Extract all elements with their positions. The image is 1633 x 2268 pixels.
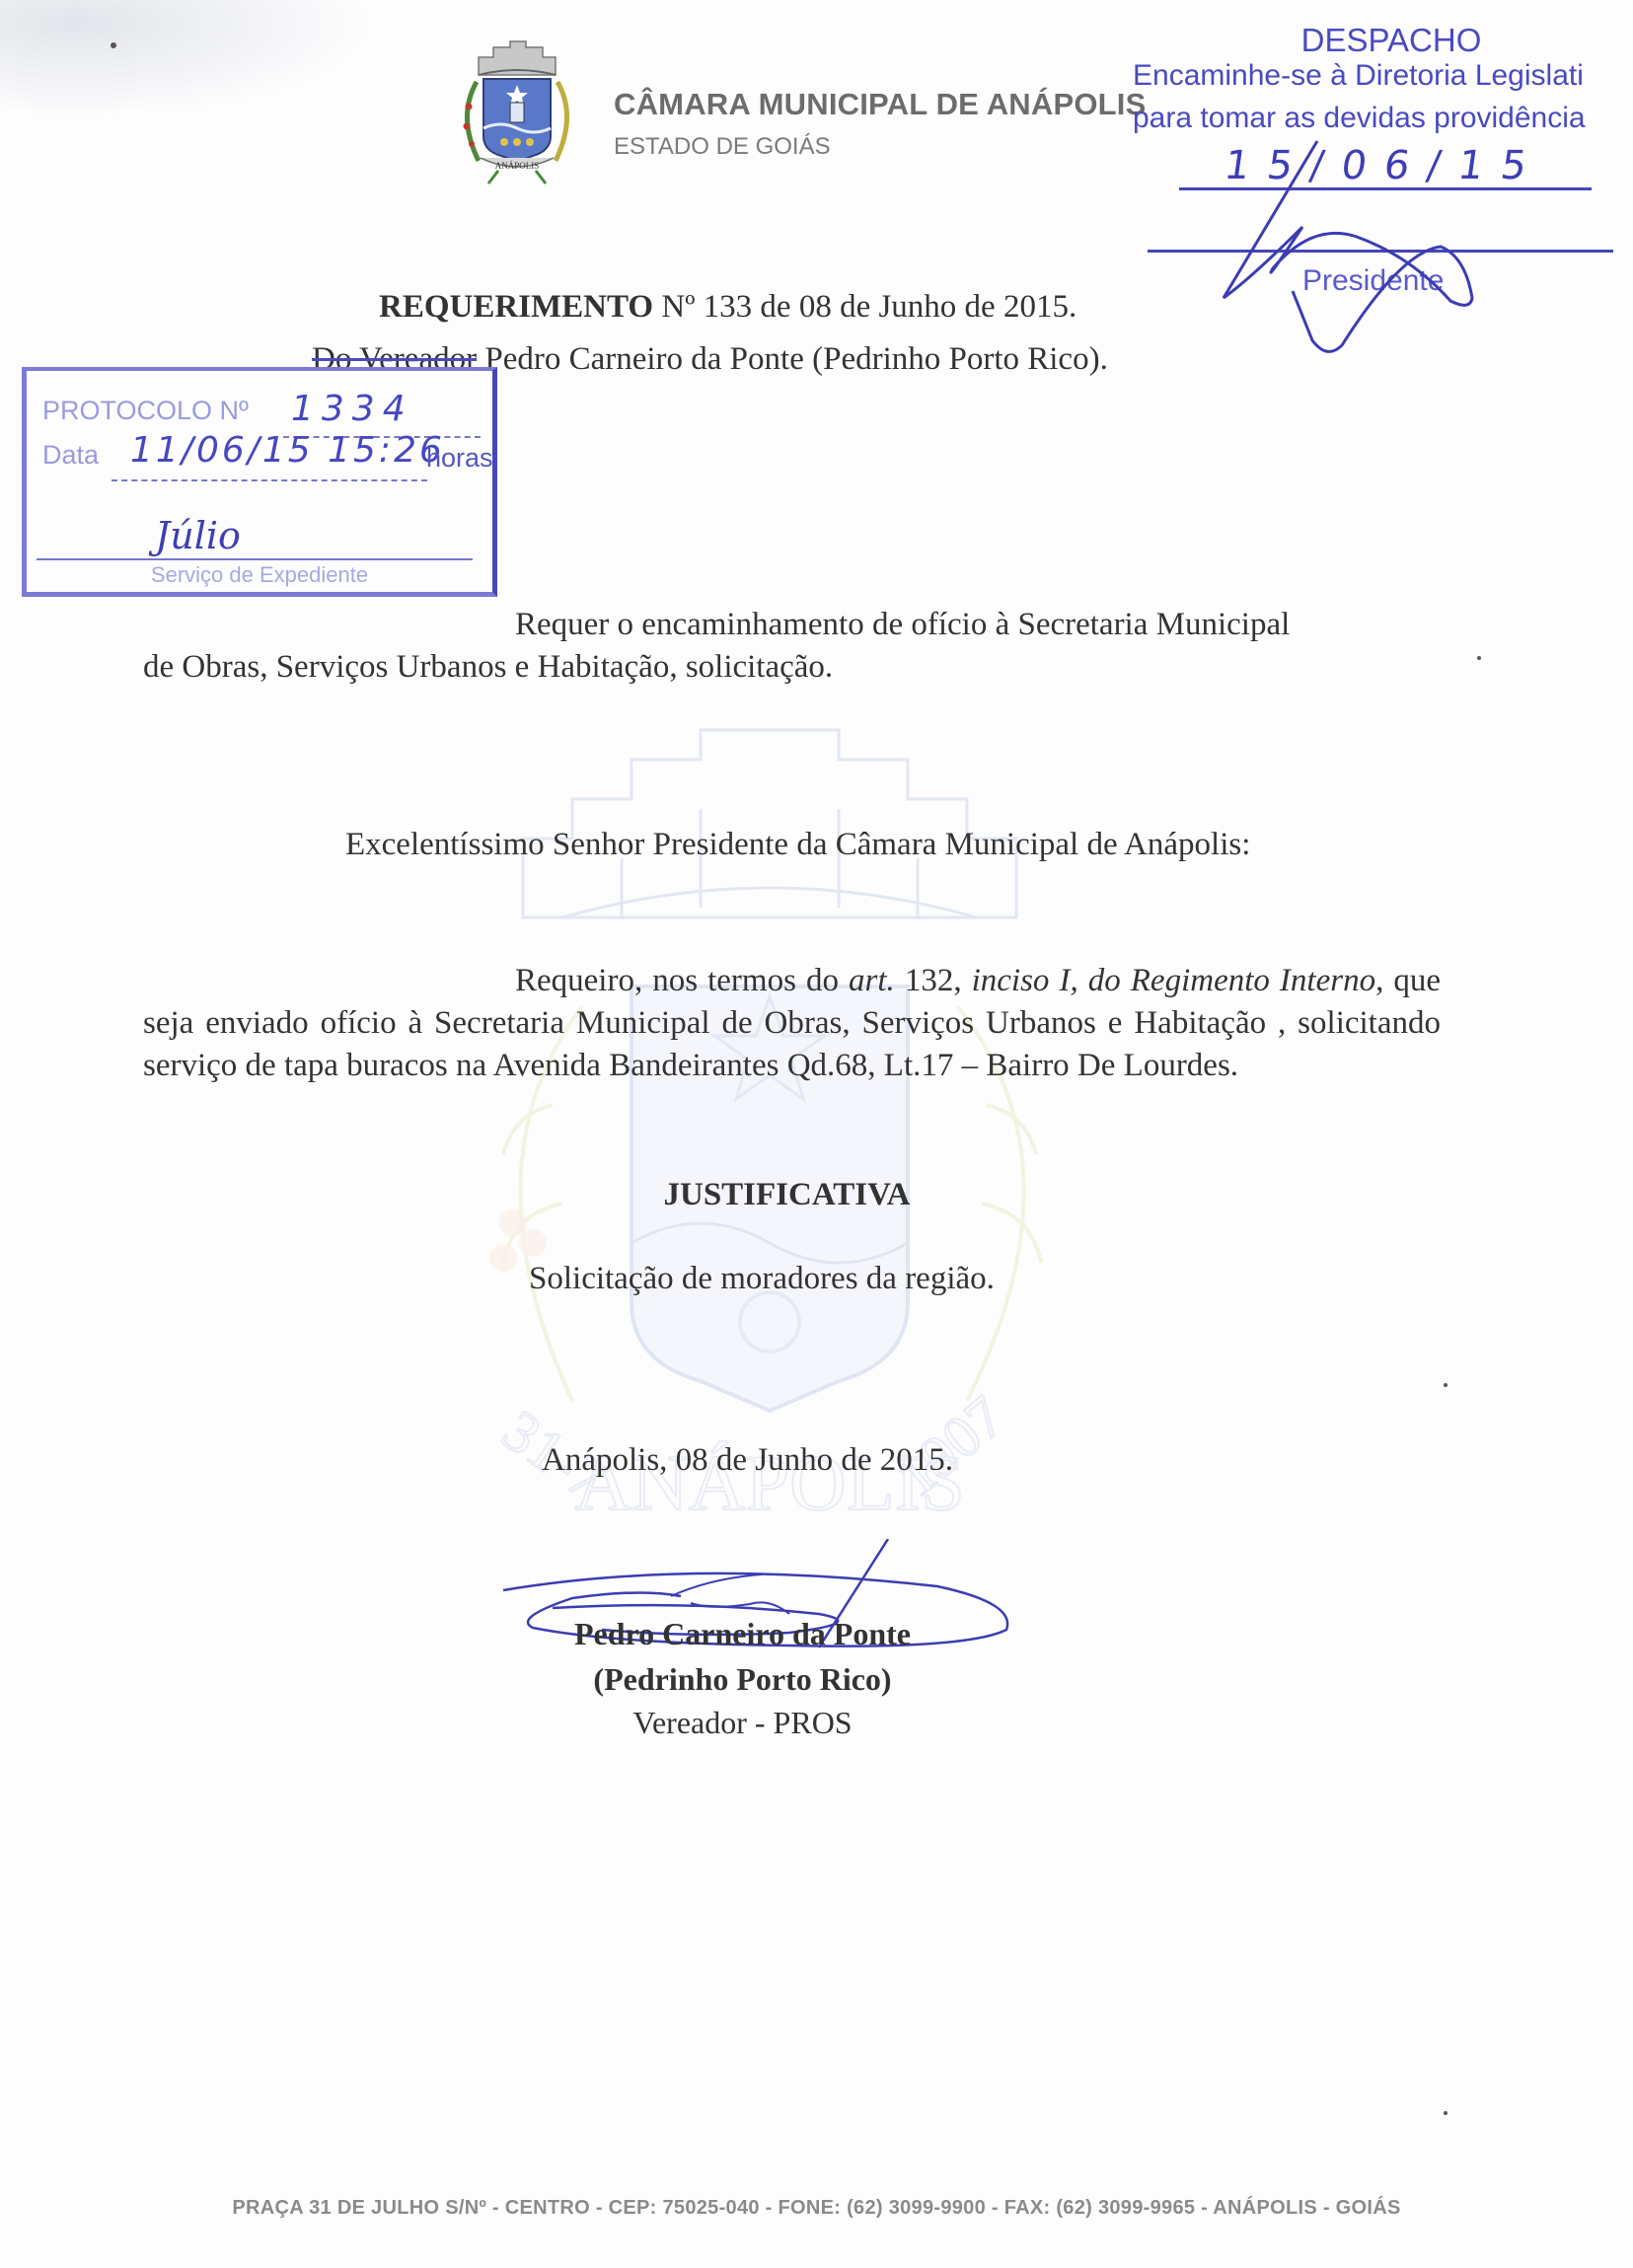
scan-speck: [1444, 2111, 1447, 2115]
councilor-signature-icon: [493, 1539, 1046, 1677]
institution-subtitle: ESTADO DE GOIÁS: [614, 133, 831, 161]
despacho-stamp: DESPACHO Encaminhe-se à Diretoria Legisl…: [1115, 10, 1633, 365]
protocol-stamp: PROTOCOLO Nº 1334 Data 11/06/15 15:26 ho…: [22, 367, 497, 597]
institution-title: CÂMARA MUNICIPAL DE ANÁPOLIS: [614, 87, 1147, 122]
president-signature-icon: [1115, 10, 1633, 365]
coat-of-arms-logo-icon: ANÁPOLIS: [439, 37, 595, 185]
protocol-department: Serviço de Expediente: [27, 562, 492, 588]
scan-speck: [1444, 1383, 1447, 1387]
summary-line-1: Requer o encaminhamento de ofício à Secr…: [515, 607, 1290, 643]
scan-speck: [1477, 656, 1481, 660]
justification-heading: JUSTIFICATIVA: [0, 1177, 1633, 1213]
scan-speck: [111, 42, 116, 48]
protocol-hours-label: horas: [426, 443, 493, 474]
svg-text:ANÁPOLIS: ANÁPOLIS: [495, 161, 540, 171]
salutation: Excelentíssimo Senhor Presidente da Câma…: [345, 827, 1250, 863]
signer-alias: (Pedrinho Porto Rico): [0, 1661, 1633, 1698]
protocol-date: 11/06/15 15:26: [130, 430, 445, 471]
place-date: Anápolis, 08 de Junho de 2015.: [542, 1442, 953, 1479]
request-paragraph: Requeiro, nos termos do art. 132, inciso…: [143, 960, 1441, 1087]
protocol-number: 1334: [291, 389, 413, 429]
document-title: REQUERIMENTO Nº 133 de 08 de Junho de 20…: [379, 289, 1076, 326]
justification-text: Solicitação de moradores da região.: [529, 1261, 995, 1297]
protocol-signature: Júlio: [155, 514, 241, 557]
signer-role: Vereador - PROS: [0, 1705, 1633, 1741]
summary-line-2: de Obras, Serviços Urbanos e Habitação, …: [143, 649, 833, 686]
protocol-date-line: [111, 479, 427, 481]
signer-name: Pedro Carneiro da Ponte: [0, 1616, 1633, 1652]
protocol-date-label: Data: [42, 440, 99, 471]
protocol-signature-line: [37, 558, 473, 560]
scan-shadow: [0, 0, 375, 118]
footer-address: PRAÇA 31 DE JULHO S/Nº - CENTRO - CEP: 7…: [0, 2197, 1633, 2220]
coat-of-arms-watermark: 31-7 1907 ANÁPOLIS: [405, 691, 1135, 1559]
protocol-number-label: PROTOCOLO Nº: [42, 396, 249, 426]
